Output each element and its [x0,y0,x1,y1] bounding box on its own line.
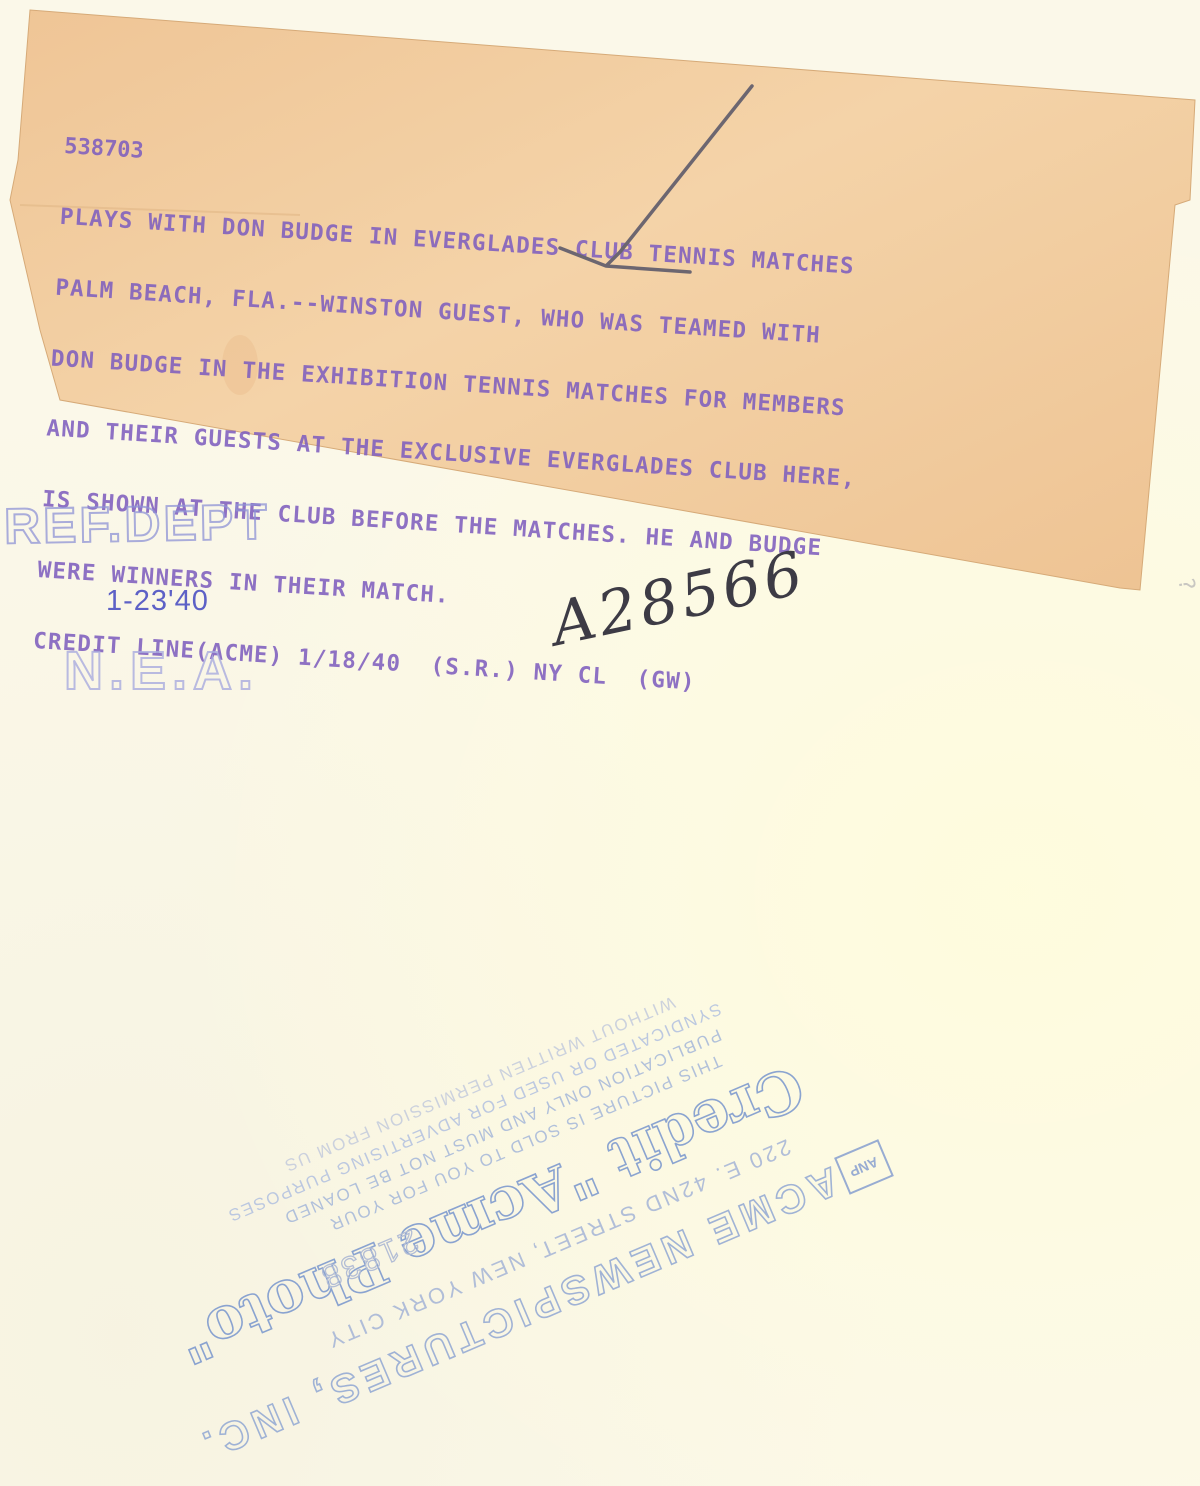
ref-dept-label: REF.DEPT [4,493,271,556]
agency-logo-icon: ANP [834,1139,894,1195]
ref-dept-stamp: REF.DEPT 1-23'40 N.E.A. [0,490,340,710]
ref-date: 1-23'40 [106,585,209,618]
ref-organization: N.E.A. [64,640,259,702]
photo-verso-page: 538703 PLAYS WITH DON BUDGE IN EVERGLADE… [0,0,1200,1486]
